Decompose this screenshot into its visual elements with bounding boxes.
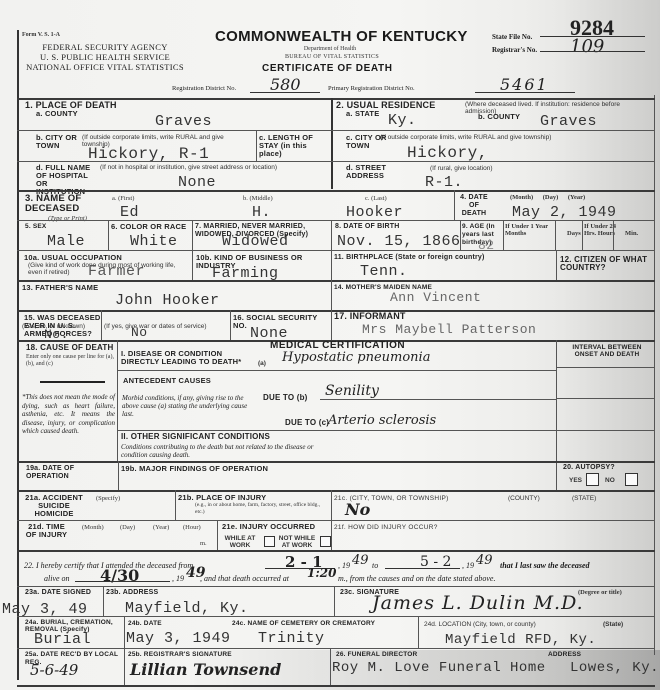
alive-on-label: alive on [44,574,70,583]
residence-county-value: Graves [540,113,597,130]
birthplace-value: Tenn. [360,263,408,280]
cert-to-label: to [372,561,378,570]
residence-city-note: (If outside corporate limits, write RURA… [380,134,650,141]
occupation-value: Farmer [88,263,145,280]
year2-value: 49 [476,553,493,568]
not-while-at-work-checkbox[interactable] [320,536,331,547]
occupation-label: 10a. USUAL OCCUPATION [24,254,122,262]
autopsy-yes-label: YES [569,477,582,484]
injury-state-label: (STATE) [572,495,596,502]
how-injury-label: 21f. HOW DID INJURY OCCUR? [334,524,438,531]
informant-value: Mrs Maybell Patterson [362,322,536,337]
cert-text-2: that I last saw the deceased [500,561,590,570]
race-label: 6. COLOR OR RACE [111,223,186,231]
rule [556,398,655,399]
cemetery-value: Trinity [258,630,325,647]
injury-place-label: 21b. PLACE OF INJURY [178,494,266,502]
cert-text-3: , and that death occurred at [200,574,289,583]
cause-note: Enter only one cause per line for (a), (… [26,354,116,368]
rule [17,461,655,463]
mother-value: Ann Vincent [390,290,481,305]
date-signed-label: 23a. DATE SIGNED [25,589,91,597]
rule [117,370,557,371]
morbid-note: Morbid conditions, if any, giving rise t… [122,394,257,418]
due-to-c-label: DUE TO (c) [285,419,329,427]
registrar-number: 109 [570,36,604,57]
form-number: Form V. S. 1-A [22,32,60,39]
middle-name-label: b. (Middle) [243,195,273,202]
cause-footnote: *This does not mean the mode of dying, s… [22,393,115,436]
rule [17,520,655,521]
agency-line: FEDERAL SECURITY AGENCY [20,42,190,52]
funeral-director-value: Roy M. Love Funeral Home [332,660,546,676]
informant-label: 17. INFORMANT [334,312,406,320]
dob-value: Nov. 15, 1866 [337,233,461,250]
location-label: 24d. LOCATION (City, town, or county) [424,621,536,628]
race-value: White [130,233,178,250]
rule [17,190,655,192]
first-name-value: Ed [120,204,139,221]
rule [17,280,655,282]
location-value: Mayfield RFD, Ky. [445,632,596,648]
cert-text-4: m., from the causes and on the date stat… [338,574,495,583]
rule [103,586,104,616]
due-to-b-label: DUE TO (b) [263,394,308,402]
name-heading: 3. NAME OF DECEASED [25,194,115,214]
funeral-address-value: Lowes, Ky. [570,660,659,676]
middle-name-value: H. [252,204,271,221]
rule [331,130,655,131]
rule [192,220,193,250]
autopsy-no-label: NO [605,477,615,484]
injury-hour-col: (Hour) [183,524,201,531]
rule [17,250,655,251]
street-label: d. STREET ADDRESS [346,164,396,180]
medical-cert-heading: MEDICAL CERTIFICATION [270,342,405,350]
rule [556,430,655,431]
injury-county-label: (COUNTY) [508,495,540,502]
cert-year3-prefix: , 19 [172,574,184,583]
rule [230,310,231,340]
autopsy-label: 20. AUTOPSY? [563,464,615,472]
rule [582,220,583,250]
first-name-label: a. (First) [112,195,134,202]
injury-occurred-label: 21e. INJURY OCCURRED [222,523,315,531]
injury-year-col: (Year) [153,524,169,531]
injury-month-col: (Month) [82,524,104,531]
date-received-value: 5-6-49 [30,661,78,679]
accident-specify-label: (Specify) [96,495,120,502]
autopsy-yes-checkbox[interactable] [586,473,599,486]
birthplace-label: 11. BIRTHPLACE (State or foreign country… [334,254,485,262]
rule [217,520,218,550]
bureau: BUREAU OF VITAL STATISTICS [262,54,402,61]
rule [117,430,557,431]
degree-label: (Degree or title) [578,589,622,596]
date-of-death-label: 4. DATE OF DEATH [458,194,490,218]
street-note: (If rural, give location) [430,165,493,172]
document-title: COMMONWEALTH OF KENTUCKY [215,28,468,45]
certificate-title: CERTIFICATE OF DEATH [262,63,393,74]
date-of-death-cols: (Month) (Day) (Year) [510,194,585,201]
armed-note-2: (If yes, give war or dates of service) [104,323,207,330]
cert-year2-prefix: , 19 [462,561,474,570]
citizen-label: 12. CITIZEN OF WHAT COUNTRY? [560,256,650,272]
war-service-value: No [131,325,148,340]
underline [475,92,575,93]
rule [331,250,332,280]
rule [17,220,655,221]
sex-label: 5. SEX [25,223,46,231]
injury-city-value: No [345,500,370,519]
rule [101,310,102,340]
cemetery-label: 24c. NAME OF CEMETERY OR CREMATORY [232,620,375,628]
injury-m-col: m. [200,540,207,547]
department: Department of Health [280,46,380,53]
rule [331,220,332,250]
interval-label: INTERVAL BETWEEN ONSET AND DEATH [562,344,652,358]
rule [556,340,557,490]
rule [320,399,557,400]
operation-date-label: 19a. DATE OF OPERATION [26,465,118,481]
cause-a-label: (a) [258,360,266,367]
residence-heading: 2. USUAL RESIDENCE [336,101,435,109]
rule [256,130,257,161]
age-min-label: Min. [625,230,638,237]
rule [555,220,556,250]
sex-value: Male [47,233,85,250]
line-i-label: I. DISEASE OR CONDITION DIRECTLY LEADING… [121,350,256,366]
injury-place-note: (e.g., in or about home, farm, factory, … [195,502,330,516]
underline [75,581,170,582]
injury-day-col: (Day) [120,524,135,531]
cert-year1-prefix: , 19 [338,561,350,570]
father-label: 13. FATHER'S NAME [22,284,98,292]
rule [17,616,655,617]
underline [540,51,645,52]
rule [556,367,655,368]
rule [334,586,335,616]
state-label: a. STATE [346,110,379,118]
rule [454,190,455,220]
rule [331,98,333,189]
right-border [654,95,655,655]
city-label: b. CITY OR TOWN [36,134,80,150]
death-certificate: Form V. S. 1-A FEDERAL SECURITY AGENCY U… [0,0,660,690]
underline [385,568,460,569]
funeral-director-label: 26. FUNERAL DIRECTOR [336,651,417,659]
rule [460,220,461,250]
residence-state-value: Ky. [388,112,417,129]
length-of-stay-label: c. LENGTH OF STAY (in this place) [259,134,329,158]
alive-on-value: 4/30 [100,566,139,585]
rule [331,310,332,340]
cause-of-death-label: 18. CAUSE OF DEATH [26,344,113,352]
state-file-label: State File No. [492,33,532,41]
rule [175,490,176,520]
rule [17,490,655,492]
physician-signature: James L. Dulin M.D. [372,592,584,614]
autopsy-no-checkbox[interactable] [625,473,638,486]
address-label: 23b. ADDRESS [106,589,158,597]
rule [192,250,193,280]
age-days-label: Days [567,230,581,237]
rule [330,648,331,686]
age-hours-label: If Under 24 Hrs. Hours [584,223,629,237]
marital-value: Widowed [222,233,289,250]
residence-county-label: b. COUNTY [478,113,520,121]
rule [418,616,419,648]
rule [556,250,557,280]
address-value: Mayfield, Ky. [125,600,249,617]
burial-type-value: Burial [34,631,91,648]
while-at-work-label: WHILE AT WORK [220,535,260,549]
cause-b-value: Senility [325,383,379,399]
rule [613,220,614,250]
rule [17,586,655,587]
date-of-death-value: May 2, 1949 [512,204,617,221]
rule [108,220,109,250]
rule [503,220,504,250]
reg-district-label: Registration District No. [172,85,236,92]
institution-value: None [178,174,216,191]
year1-value: 49 [352,553,369,568]
other-conditions-note: Conditions contributing to the death but… [121,443,321,459]
age-months-label: If Under 1 Year Months [505,223,557,237]
underline [250,92,320,93]
accident-label: 21a. ACCIDENT SUICIDE HOMICIDE [24,494,84,518]
death-time-value: 1:20 [307,566,336,580]
rule [118,461,119,491]
rule [40,381,105,383]
agency-block: FEDERAL SECURITY AGENCY U. S. PUBLIC HEA… [20,42,190,72]
street-value: R-1. [425,174,463,191]
rule [331,280,332,310]
left-border [17,30,19,680]
agency-line: U. S. PUBLIC HEALTH SERVICE [20,52,190,62]
residence-city-value: Hickory, [407,144,488,162]
last-name-value: Hooker [346,204,403,221]
not-while-at-work-label: NOT WHILE AT WORK [276,535,318,549]
cause-c-value: Arterio sclerosis [328,413,436,428]
operation-findings-label: 19b. MAJOR FINDINGS OF OPERATION [121,465,268,473]
registrar-no-label: Registrar's No. [492,46,537,54]
cause-a-value: Hypostatic pneumonia [282,350,430,365]
location-state-label: (State) [603,621,623,628]
rule [17,550,655,552]
last-name-label: c. (Last) [365,195,387,202]
place-of-death-heading: 1. PLACE OF DEATH [25,101,117,109]
other-conditions-label: II. OTHER SIGNIFICANT CONDITIONS [121,433,270,441]
institution-note: (If not in hospital or institution, give… [100,164,325,171]
injury-time-label: 21d. TIME OF INJURY [24,523,69,539]
burial-date-value: May 3, 1949 [126,630,231,647]
rule [117,340,118,462]
rule [17,130,331,131]
burial-date-label: 24b. DATE [128,620,162,628]
primary-district-label: Primary Registration District No. [328,85,415,92]
agency-line: NATIONAL OFFICE VITAL STATISTICS [20,62,190,72]
rule [17,161,331,162]
antecedent-label: ANTECEDENT CAUSES [123,377,211,385]
registrar-signature: Lillian Townsend [130,660,281,679]
funeral-address-label: ADDRESS [548,651,581,659]
rule [17,685,655,687]
father-value: John Hooker [115,292,220,309]
registrar-signature-label: 25b. REGISTRAR'S SIGNATURE [128,651,232,659]
rule [17,648,655,649]
while-at-work-checkbox[interactable] [264,536,275,547]
rule [331,161,655,162]
county-label: a. COUNTY [36,110,78,118]
dob-label: 8. DATE OF BIRTH [335,223,400,231]
death-county-value: Graves [155,113,212,130]
